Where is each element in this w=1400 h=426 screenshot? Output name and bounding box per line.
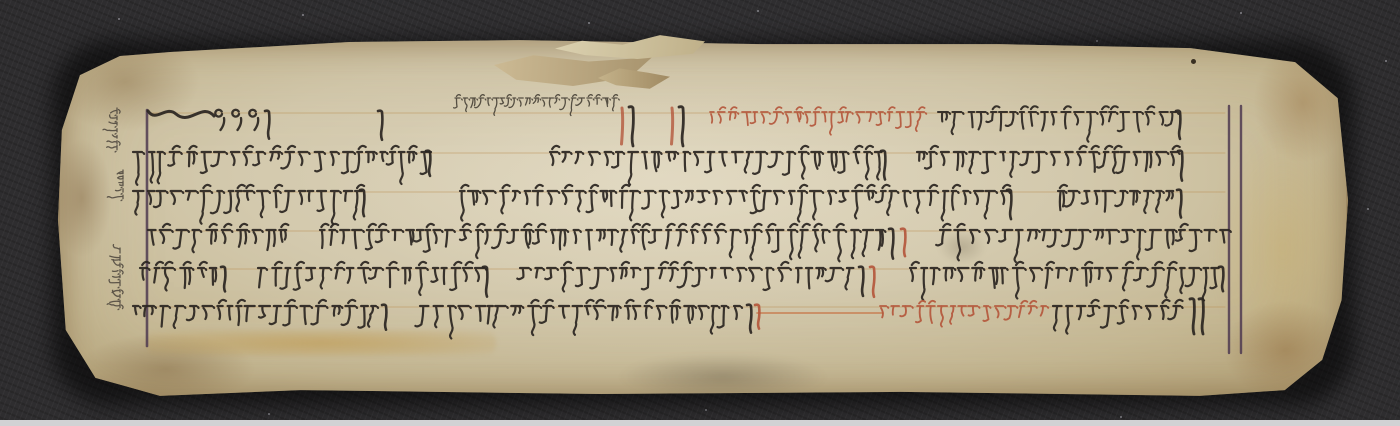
text-line-3	[133, 185, 1181, 224]
tibetan-text-segment	[133, 146, 431, 185]
shad-stroke	[889, 229, 893, 259]
shad-stroke	[881, 151, 885, 180]
marginal-note-strokes	[107, 245, 123, 310]
tibetan-text-segment	[133, 185, 364, 224]
tibetan-text-segment	[320, 224, 885, 261]
red-shad-stroke	[672, 108, 673, 144]
photograph	[0, 0, 1400, 426]
ink-layer	[0, 0, 1400, 426]
text-line-4	[148, 224, 1231, 262]
ruling-lines	[150, 113, 1225, 313]
text-line-5	[140, 262, 1223, 301]
margin-annotations	[103, 108, 123, 310]
shad-stroke	[221, 267, 225, 292]
marginal-note	[107, 170, 123, 201]
marginal-note	[107, 245, 123, 310]
shad-stroke	[378, 111, 382, 140]
red-shad-stroke	[870, 267, 874, 297]
interlinear-annotation	[454, 95, 619, 116]
tibetan-text-segment	[910, 262, 1219, 301]
rubric-red-text	[880, 301, 1048, 327]
shad-stroke	[1178, 151, 1182, 181]
tibetan-text-segment	[936, 224, 1231, 262]
marginal-note	[103, 108, 120, 152]
text-line-2	[133, 146, 1182, 185]
shad-stroke	[747, 305, 751, 333]
shad-stroke	[1176, 111, 1180, 139]
head-flourish	[148, 111, 214, 117]
tibetan-text-segment	[1058, 185, 1173, 213]
tibetan-text-segment	[148, 224, 288, 252]
shad-stroke	[265, 111, 269, 139]
shad-stroke	[360, 190, 364, 217]
shad-stroke	[1007, 190, 1011, 219]
shad-stroke	[1219, 267, 1223, 292]
text-line-1	[148, 95, 1180, 146]
tibetan-text-segment	[938, 106, 1179, 141]
marginal-note-strokes	[107, 170, 123, 201]
shad-stroke	[483, 267, 487, 297]
shad-stroke	[1177, 190, 1181, 218]
double-shad-stroke	[1190, 299, 1203, 334]
tibetan-text-segment	[917, 146, 1180, 177]
marginal-note-strokes	[103, 108, 120, 152]
text-line-6	[133, 299, 1203, 339]
shad-stroke	[382, 305, 386, 330]
tibetan-text-segment	[460, 185, 1010, 222]
tibetan-text-segment	[415, 300, 742, 339]
tibetan-text-segment	[517, 262, 853, 292]
tibetan-text-segment	[550, 146, 882, 185]
tibetan-text-segment	[133, 300, 378, 328]
shad-stroke	[859, 267, 863, 296]
tibetan-text-segment	[258, 262, 486, 295]
red-shad-stroke	[622, 108, 623, 144]
text-lines	[133, 95, 1231, 339]
red-shad-stroke	[901, 229, 905, 257]
tibetan-text-segment	[140, 262, 216, 291]
photo-bottom-edge	[0, 420, 1400, 426]
red-shad-stroke	[755, 305, 759, 329]
tibetan-text-segment	[1053, 300, 1183, 334]
rubric-red-text	[710, 107, 926, 135]
